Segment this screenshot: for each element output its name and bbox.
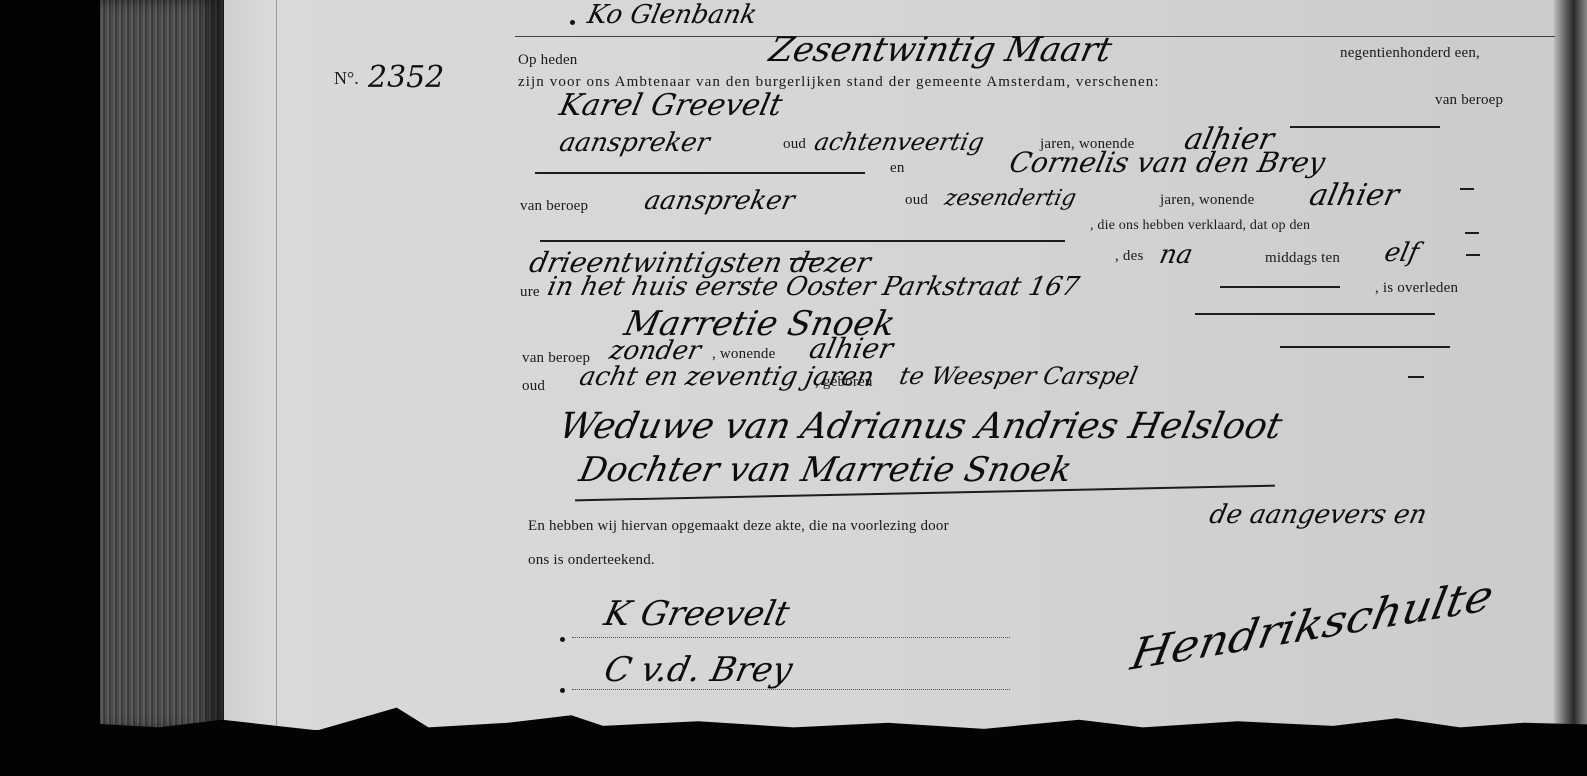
fill-line	[1195, 313, 1435, 315]
printed-van-beroep-3: van beroep	[522, 350, 590, 367]
declarant1-occupation: aanspreker	[557, 128, 713, 158]
printed-oud-3: oud	[522, 378, 545, 395]
printed-op-heden: Op heden	[518, 52, 578, 69]
dash	[1465, 232, 1479, 234]
printed-des: , des	[1115, 248, 1144, 265]
scanned-register-page: Ko Glenbank N°. 2352 Op heden Zesentwint…	[0, 0, 1587, 776]
fill-line	[1280, 346, 1450, 348]
birthplace: te Weesper Carspel	[897, 362, 1140, 390]
previous-entry-signature: Ko Glenbank	[585, 0, 760, 30]
printed-year: negentienhonderd een,	[1340, 45, 1480, 62]
dash	[1466, 254, 1480, 256]
declarant2-name: Cornelis van den Brey	[1006, 146, 1328, 179]
handwritten-date: Zesentwintig Maart	[766, 30, 1116, 70]
fill-line	[1220, 286, 1340, 288]
printed-jaren-wonende-2: jaren, wonende	[1160, 192, 1254, 209]
printed-middags-ten: middags ten	[1265, 250, 1340, 267]
book-right-edge	[1554, 0, 1587, 730]
printed-ure: ure	[520, 284, 540, 301]
printed-van-beroep-1: van beroep	[1435, 92, 1503, 109]
declarant1-name: Karel Greevelt	[556, 88, 785, 123]
act-number-label: N°.	[334, 68, 359, 89]
place-of-death: in het huis eerste Ooster Parkstraat 167	[545, 272, 1082, 302]
book-page-edges	[100, 0, 224, 730]
signature-declarant1: K Greevelt	[601, 594, 793, 634]
time-prefix: na	[1157, 240, 1196, 270]
margin-rule	[276, 0, 277, 730]
signature-bullet	[560, 637, 565, 642]
deceased-residence: alhier	[806, 332, 896, 365]
act-number: 2352	[368, 60, 444, 95]
signature-line-1	[572, 637, 1010, 638]
declarant2-residence: alhier	[1306, 178, 1402, 213]
printed-en: en	[890, 160, 905, 177]
printed-closing-2: ons is onderteekend.	[528, 552, 655, 569]
dash	[790, 258, 820, 260]
printed-oud-2: oud	[905, 192, 928, 209]
signature-bullet	[560, 688, 565, 693]
fill-line	[535, 172, 865, 174]
dash	[1460, 188, 1474, 190]
printed-verklaard: , die ons hebben verklaard, dat op den	[1090, 218, 1310, 234]
relation-daughter: Dochter van Marretie Snoek	[576, 450, 1076, 490]
scan-background-left	[0, 0, 100, 776]
read-by: de aangevers en	[1207, 500, 1430, 530]
dash	[1408, 376, 1424, 378]
bullet-dot	[570, 20, 575, 25]
printed-geboren: , geboren	[815, 374, 873, 391]
printed-closing-1: En hebben wij hiervan opgemaakt deze akt…	[528, 518, 949, 535]
declarant1-age: achtenveertig	[812, 128, 987, 156]
death-hour: elf	[1382, 238, 1422, 268]
printed-oud-1: oud	[783, 136, 806, 153]
signature-declarant2: C v.d. Brey	[601, 650, 796, 690]
printed-is-overleden: , is overleden	[1375, 280, 1458, 297]
printed-van-beroep-2: van beroep	[520, 198, 588, 215]
fill-line	[540, 240, 1065, 242]
relation-widow: Weduwe van Adrianus Andries Helsloot	[556, 406, 1286, 447]
printed-wonende-3: , wonende	[712, 346, 775, 363]
fill-line	[1290, 126, 1440, 128]
declarant2-age: zesendertig	[942, 186, 1078, 211]
declarant2-occupation: aanspreker	[642, 186, 798, 216]
